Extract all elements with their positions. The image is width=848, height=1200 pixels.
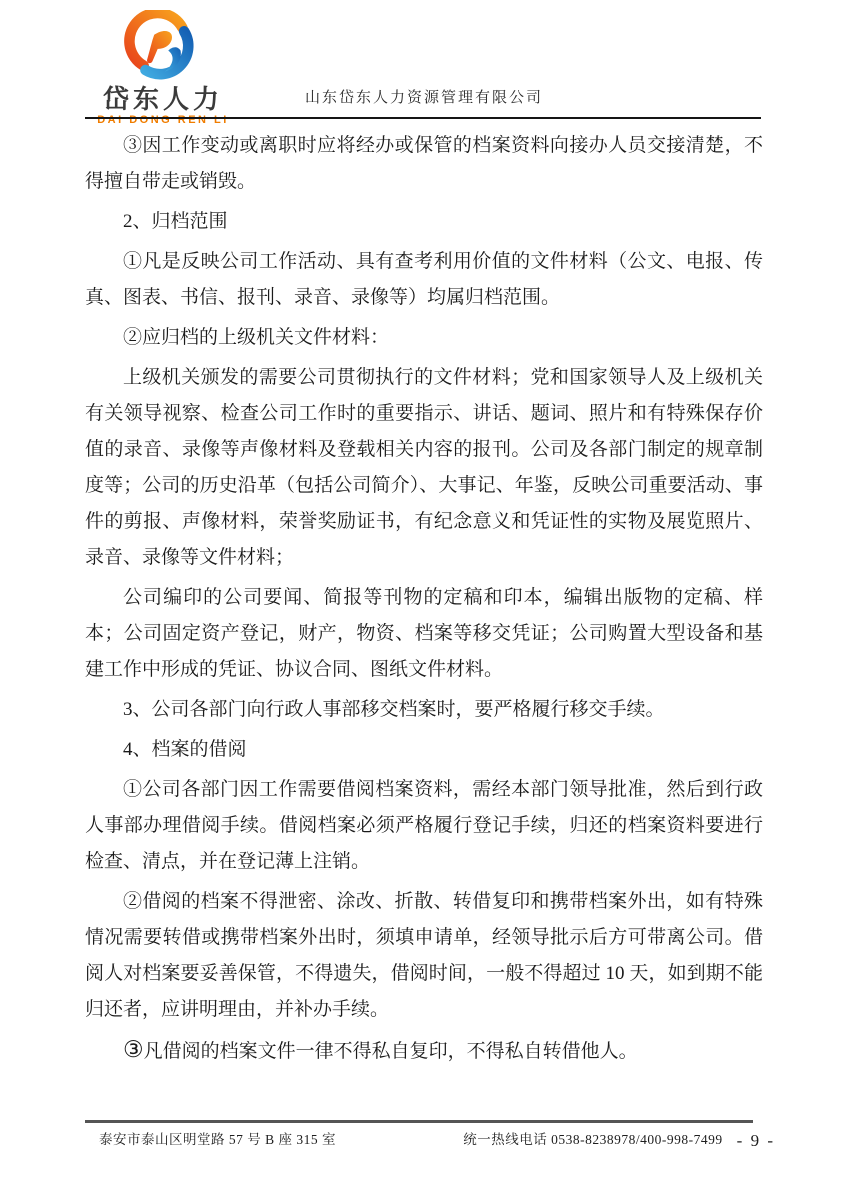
paragraph: 4、档案的借阅 [85, 732, 763, 768]
paragraph-closing: ③凡借阅的档案文件一律不得私自复印，不得私自转借他人。 [85, 1032, 763, 1070]
paragraph: 3、公司各部门向行政人事部移交档案时，要严格履行移交手续。 [85, 692, 763, 728]
footer-divider [85, 1120, 753, 1123]
footer: 泰安市泰山区明堂路 57 号 B 座 315 室 统一热线电话 0538-823… [85, 1128, 775, 1149]
circled-three-marker: ③ [123, 1037, 144, 1062]
paragraph: 公司编印的公司要闻、简报等刊物的定稿和印本，编辑出版物的定稿、样本；公司固定资产… [85, 580, 763, 688]
header-divider [85, 117, 761, 119]
document-body: ③因工作变动或离职时应将经办或保管的档案资料向接办人员交接清楚，不得擅自带走或销… [85, 128, 763, 1074]
paragraph: ③因工作变动或离职时应将经办或保管的档案资料向接办人员交接清楚，不得擅自带走或销… [85, 128, 763, 200]
document-page: 岱东人力 DAI DONG REN LI 山东岱东人力资源管理有限公司 ③因工作… [0, 0, 848, 1200]
footer-hotline: 统一热线电话 0538-8238978/400-998-7499 [463, 1128, 722, 1148]
page-number: - 9 - [737, 1131, 775, 1151]
paragraph: 2、归档范围 [85, 204, 763, 240]
company-logo-icon [119, 10, 207, 86]
paragraph: ②借阅的档案不得泄密、涂改、折散、转借复印和携带档案外出，如有特殊情况需要转借或… [85, 884, 763, 1028]
paragraph: 上级机关颁发的需要公司贯彻执行的文件材料；党和国家领导人及上级机关有关领导视察、… [85, 360, 763, 576]
paragraph: ①凡是反映公司工作活动、具有查考利用价值的文件材料（公文、电报、传真、图表、书信… [85, 244, 763, 316]
footer-address: 泰安市泰山区明堂路 57 号 B 座 315 室 [99, 1128, 336, 1148]
company-logo: 岱东人力 DAI DONG REN LI [94, 10, 232, 126]
paragraph: ②应归档的上级机关文件材料： [85, 320, 763, 356]
company-name: 山东岱东人力资源管理有限公司 [0, 86, 848, 107]
closing-text: 凡借阅的档案文件一律不得私自复印，不得私自转借他人。 [144, 1041, 638, 1062]
paragraph: ①公司各部门因工作需要借阅档案资料，需经本部门领导批准，然后到行政人事部办理借阅… [85, 772, 763, 880]
